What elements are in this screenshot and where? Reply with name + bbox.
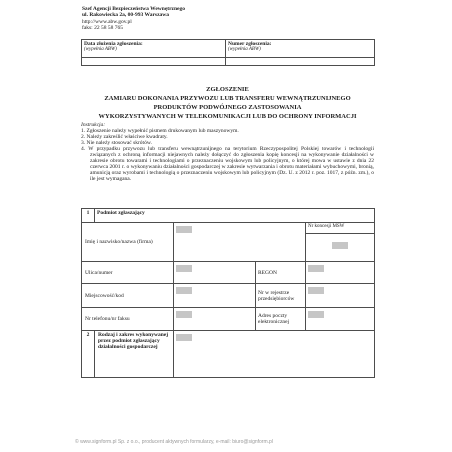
page-content: Szef Agencji Bezpieczeństwa Wewnętrznego… <box>81 6 374 378</box>
email-input-field[interactable] <box>308 311 324 318</box>
section-1-title: Podmiot zgłaszający <box>95 209 375 223</box>
phone-field-label: Nr telefonu/nr faksu <box>82 308 174 331</box>
street-input-field[interactable] <box>176 265 192 272</box>
regon-input-cell[interactable] <box>306 262 375 284</box>
title-line-1: ZGŁOSZENIE <box>81 86 374 95</box>
letterhead-fax: faks: 22 58 58 765 <box>82 25 374 31</box>
email-field-label: Adres poczty elektronicznej <box>256 308 306 331</box>
meta-date-input-cell[interactable] <box>82 58 226 66</box>
main-form-table: 1 Podmiot zgłaszający Imię i nazwisko/na… <box>81 208 375 378</box>
form-page: Szef Agencji Bezpieczeństwa Wewnętrznego… <box>0 0 452 452</box>
koncesja-cell: Nr koncesji MSW <box>306 223 375 262</box>
section-1-number: 1 <box>82 209 95 223</box>
instructions: Instrukcja: 1. Zgłoszenie należy wypełni… <box>81 123 374 182</box>
regon-input-field[interactable] <box>308 265 324 272</box>
koncesja-input-field[interactable] <box>332 242 348 249</box>
koncesja-field-label: Nr koncesji MSW <box>306 223 374 234</box>
name-field-label: Imię i nazwisko/nazwa (firma) <box>82 223 174 262</box>
activity-input-cell[interactable] <box>174 331 375 378</box>
instruction-item-4: 4. W przypadku przywozu lub transferu we… <box>81 147 374 182</box>
activity-input-field[interactable] <box>176 334 192 341</box>
koncesja-input-cell[interactable] <box>306 234 374 256</box>
city-field-label: Miejscowość/kod <box>82 284 174 308</box>
register-input-cell[interactable] <box>306 284 375 308</box>
register-field-label: Nr w rejestrze przedsiębiorców <box>256 284 306 308</box>
regon-field-label: REGON <box>256 262 306 284</box>
email-input-cell[interactable] <box>306 308 375 331</box>
meta-date-cell: Data złożenia zgłoszenia: (wypełnia ABW) <box>82 40 226 58</box>
name-input-cell[interactable] <box>174 223 306 262</box>
section-2-title: Rodzaj i zakres wykonywanej przez podmio… <box>95 331 174 378</box>
register-input-field[interactable] <box>308 287 324 294</box>
street-field-label: Ulica/numer <box>82 262 174 284</box>
section-2-number: 2 <box>82 331 95 378</box>
document-title: ZGŁOSZENIE ZAMIARU DOKONANIA PRZYWOZU LU… <box>81 86 374 121</box>
street-input-cell[interactable] <box>174 262 256 284</box>
footer-credit: © www.signform.pl Sp. z o.o., producent … <box>75 439 405 445</box>
meta-table: Data złożenia zgłoszenia: (wypełnia ABW)… <box>81 39 375 66</box>
title-line-4: WYKORZYSTYWANYCH W TELEKOMUNIKACJI LUB D… <box>81 113 374 122</box>
meta-number-note: (wypełnia ABW) <box>228 47 372 53</box>
city-input-field[interactable] <box>176 287 192 294</box>
letterhead: Szef Agencji Bezpieczeństwa Wewnętrznego… <box>82 6 374 31</box>
meta-date-note: (wypełnia ABW) <box>84 47 223 53</box>
phone-input-cell[interactable] <box>174 308 256 331</box>
phone-input-field[interactable] <box>176 311 192 318</box>
name-input-field[interactable] <box>176 226 192 233</box>
meta-number-cell: Numer zgłoszenia: (wypełnia ABW) <box>226 40 375 58</box>
title-line-3: PRODUKTÓW PODWÓJNEGO ZASTOSOWANIA <box>81 104 374 113</box>
title-line-2: ZAMIARU DOKONANIA PRZYWOZU LUB TRANSFERU… <box>81 95 374 104</box>
meta-number-input-cell[interactable] <box>226 58 375 66</box>
city-input-cell[interactable] <box>174 284 256 308</box>
